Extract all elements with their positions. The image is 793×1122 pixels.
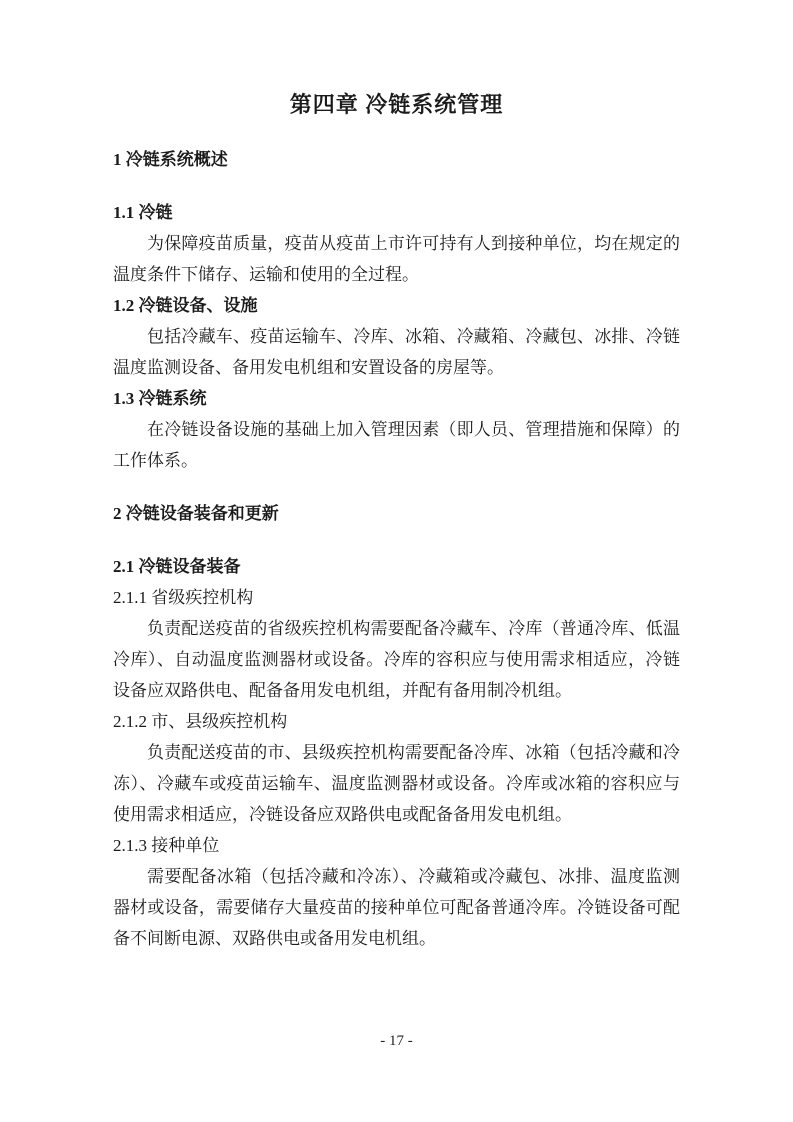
chapter-title: 第四章 冷链系统管理 (0, 88, 793, 122)
heading-2: 2 冷链设备装备和更新 (113, 498, 680, 529)
heading-2-1-2: 2.1.2 市、县级疾控机构 (113, 706, 680, 737)
heading-2-1-3: 2.1.3 接种单位 (113, 830, 680, 861)
paragraph-1-1: 为保障疫苗质量，疫苗从疫苗上市许可持有人到接种单位，均在规定的温度条件下储存、运… (113, 228, 680, 290)
paragraph-2-1-1: 负责配送疫苗的省级疾控机构需要配备冷藏车、冷库（普通冷库、低温冷库）、自动温度监… (113, 613, 680, 706)
heading-1-2: 1.2 冷链设备、设施 (113, 290, 680, 321)
heading-1: 1 冷链系统概述 (113, 144, 680, 175)
heading-1-1: 1.1 冷链 (113, 197, 680, 228)
heading-2-1-1: 2.1.1 省级疾控机构 (113, 582, 680, 613)
paragraph-1-2: 包括冷藏车、疫苗运输车、冷库、冰箱、冷藏箱、冷藏包、冰排、冷链温度监测设备、备用… (113, 321, 680, 383)
paragraph-2-1-2: 负责配送疫苗的市、县级疾控机构需要配备冷库、冰箱（包括冷藏和冷冻）、冷藏车或疫苗… (113, 737, 680, 830)
document-body: 1 冷链系统概述 1.1 冷链 为保障疫苗质量，疫苗从疫苗上市许可持有人到接种单… (113, 144, 680, 954)
heading-1-3: 1.3 冷链系统 (113, 383, 680, 414)
heading-2-1: 2.1 冷链设备装备 (113, 551, 680, 582)
paragraph-1-3: 在冷链设备设施的基础上加入管理因素（即人员、管理措施和保障）的工作体系。 (113, 414, 680, 476)
page-number: - 17 - (0, 1030, 793, 1052)
paragraph-2-1-3: 需要配备冰箱（包括冷藏和冷冻）、冷藏箱或冷藏包、冰排、温度监测器材或设备，需要储… (113, 861, 680, 954)
document-page: 第四章 冷链系统管理 1 冷链系统概述 1.1 冷链 为保障疫苗质量，疫苗从疫苗… (0, 0, 793, 1122)
